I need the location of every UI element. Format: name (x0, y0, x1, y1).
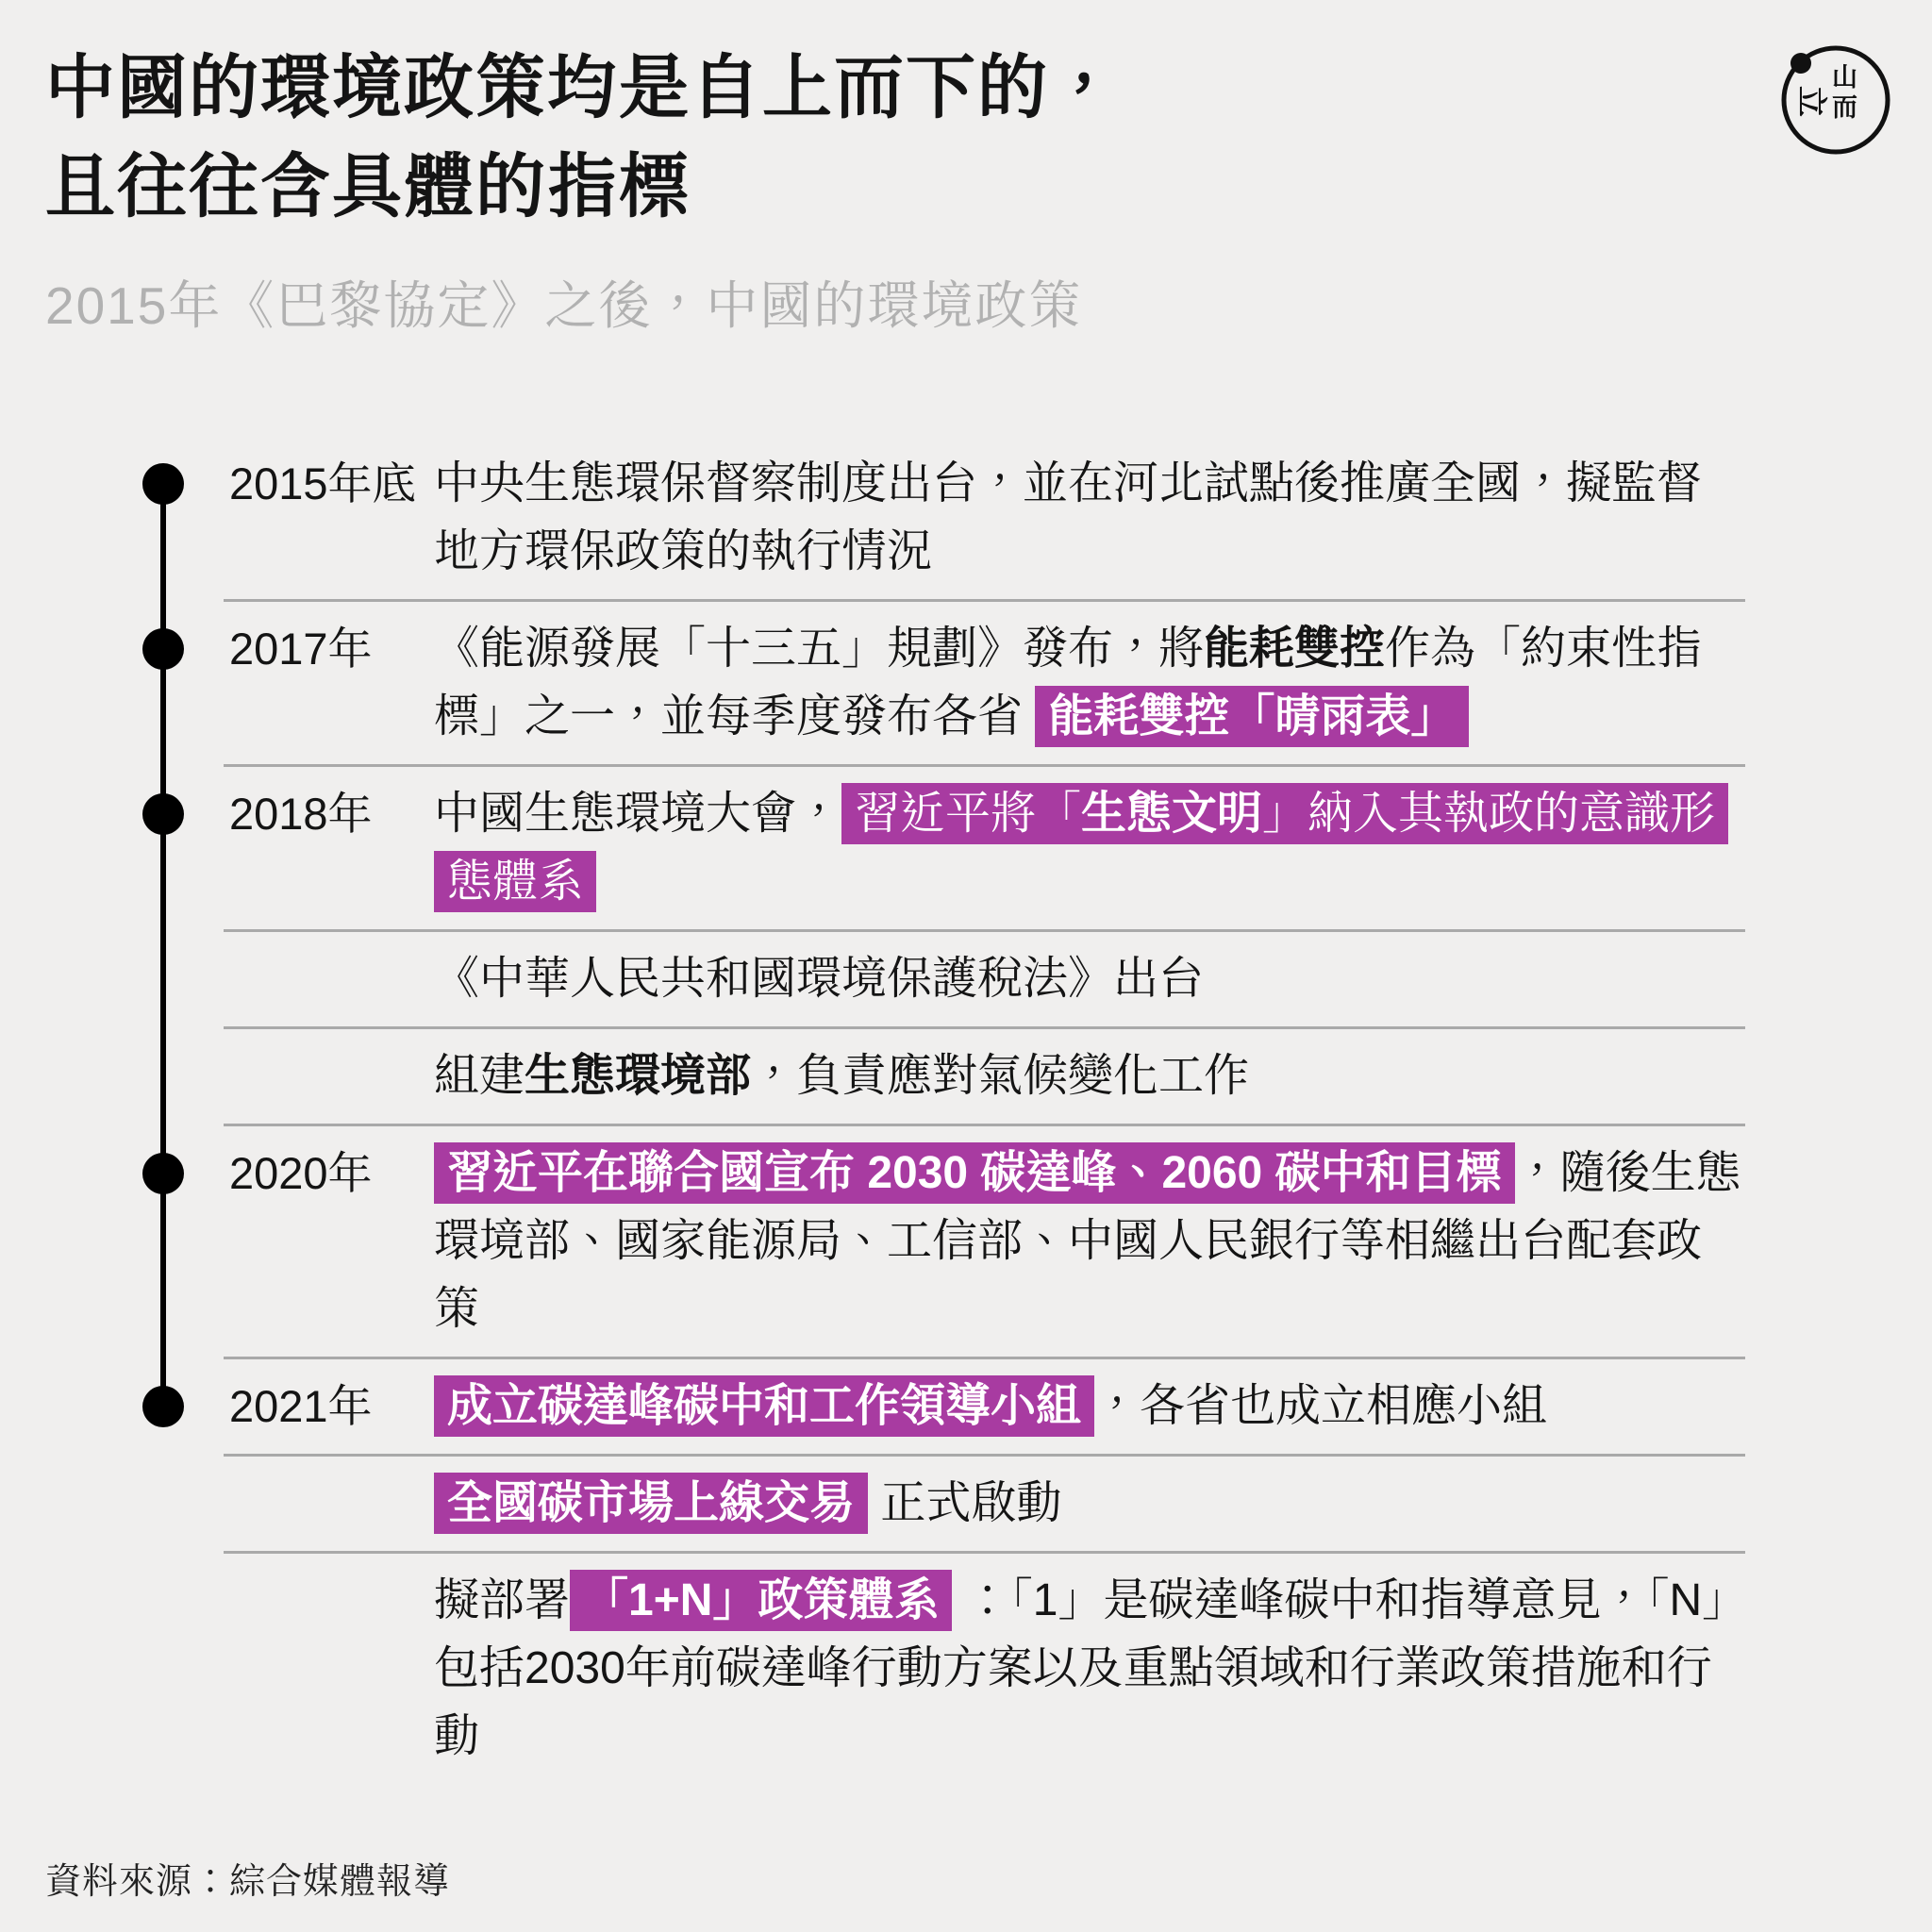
logo-glyph-er: 而 (1832, 87, 1857, 124)
logo-glyph-li: 立 (1791, 86, 1836, 117)
timeline-dot (142, 1386, 184, 1427)
timeline-entry-text: 中國生態環境大會，習近平將「生態文明」納入其執政的意識形態體系 (434, 780, 1745, 916)
highlight: 習近平在聯合國宣布 2030 碳達峰、2060 碳中和目標 (434, 1142, 1515, 1204)
highlight: 成立碳達峰碳中和工作領導小組 (434, 1375, 1094, 1437)
timeline-dot (142, 1153, 184, 1194)
infographic-page: 中國的環境政策均是自上而下的，且往往含具體的指標 2015年《巴黎協定》之後，中… (0, 0, 1932, 1932)
timeline-row: 2020年習近平在聯合國宣布 2030 碳達峰、2060 碳中和目標，隨後生態環… (0, 1126, 1932, 1357)
timeline-date: 2018年 (229, 780, 434, 916)
timeline-row: 2018年中國生態環境大會，習近平將「生態文明」納入其執政的意識形態體系 (0, 767, 1932, 929)
page-title: 中國的環境政策均是自上而下的，且往往含具體的指標 (0, 0, 1932, 236)
highlight-text: 「1+N」政策體系 (583, 1575, 939, 1625)
text-segment: ，負責應對氣候變化工作 (751, 1051, 1249, 1101)
timeline-entry-text: 《中華人民共和國環境保護稅法》出台 (434, 945, 1745, 1013)
timeline-date (229, 1042, 434, 1110)
text-segment: ，各省也成立相應小組 (1094, 1381, 1547, 1431)
text-segment: 中央生態環保督察制度出台，並在河北試點後推廣全國，擬監督地方環保政策的執行情況 (434, 458, 1702, 576)
timeline-date: 2015年底 (229, 450, 434, 586)
timeline-row: 《中華人民共和國環境保護稅法》出台 (0, 932, 1932, 1026)
timeline-entry-text: 《能源發展「十三五」規劃》發布，將能耗雙控作為「約束性指標」之一，並每季度發布各… (434, 615, 1745, 751)
text-segment: 《能源發展「十三五」規劃》發布，將 (434, 624, 1204, 674)
timeline: 2015年底中央生態環保督察制度出台，並在河北試點後推廣全國，擬監督地方環保政策… (0, 437, 1932, 1784)
highlight-text: 生態文明 (1081, 789, 1262, 839)
timeline-row: 2017年《能源發展「十三五」規劃》發布，將能耗雙控作為「約束性指標」之一，並每… (0, 602, 1932, 764)
page-title-line2: 且往往含具體的指標 (45, 147, 691, 225)
timeline-entry-text: 擬部署「1+N」政策體系 ：「1」是碳達峰碳中和指導意見，「N」包括2030年前… (434, 1567, 1745, 1771)
highlight: 「1+N」政策體系 (570, 1570, 952, 1631)
timeline-entry-text: 習近平在聯合國宣布 2030 碳達峰、2060 碳中和目標，隨後生態環境部、國家… (434, 1140, 1745, 1343)
page-title-line1: 中國的環境政策均是自上而下的， (45, 48, 1121, 126)
timeline-row: 擬部署「1+N」政策體系 ：「1」是碳達峰碳中和指導意見，「N」包括2030年前… (0, 1554, 1932, 1784)
timeline-date: 2020年 (229, 1140, 434, 1343)
timeline-date (229, 1567, 434, 1771)
highlight-text: 能耗雙控「晴雨表」 (1048, 691, 1456, 741)
page-subtitle: 2015年《巴黎協定》之後，中國的環境政策 (0, 236, 1932, 339)
timeline-dot (142, 463, 184, 505)
highlight-text: 全國碳市場上線交易 (447, 1478, 855, 1528)
timeline-entry-text: 成立碳達峰碳中和工作領導小組，各省也成立相應小組 (434, 1373, 1745, 1441)
timeline-row: 2015年底中央生態環保督察制度出台，並在河北試點後推廣全國，擬監督地方環保政策… (0, 437, 1932, 599)
source-note: 資料來源：綜合媒體報導 (45, 1852, 450, 1904)
text-segment: 生態環境部 (525, 1051, 751, 1101)
highlight: 能耗雙控「晴雨表」 (1035, 686, 1469, 747)
timeline-entry-text: 全國碳市場上線交易 正式啟動 (434, 1470, 1745, 1538)
timeline-date (229, 945, 434, 1013)
timeline-dot (142, 793, 184, 835)
timeline-date: 2017年 (229, 615, 434, 751)
text-segment: 中國生態環境大會， (434, 789, 841, 839)
highlight: 全國碳市場上線交易 (434, 1473, 868, 1534)
highlight-text: 成立碳達峰碳中和工作領導小組 (447, 1381, 1081, 1431)
text-segment: 組建 (434, 1051, 525, 1101)
timeline-date (229, 1470, 434, 1538)
timeline-row: 全國碳市場上線交易 正式啟動 (0, 1457, 1932, 1551)
text-segment: 能耗雙控 (1204, 624, 1385, 674)
highlight-text: 習近平將「 (855, 789, 1081, 839)
timeline-dot (142, 628, 184, 670)
timeline-row: 組建生態環境部，負責應對氣候變化工作 (0, 1029, 1932, 1124)
highlight-text: 習近平在聯合國宣布 2030 碳達峰、2060 碳中和目標 (447, 1148, 1502, 1198)
initium-logo-icon: 立 山 而 (1779, 34, 1892, 158)
text-segment: 擬部署 (434, 1575, 570, 1625)
text-segment: 正式啟動 (868, 1478, 1061, 1528)
timeline-entry-text: 中央生態環保督察制度出台，並在河北試點後推廣全國，擬監督地方環保政策的執行情況 (434, 450, 1745, 586)
text-segment: 《中華人民共和國環境保護稅法》出台 (434, 954, 1204, 1004)
timeline-date: 2021年 (229, 1373, 434, 1441)
timeline-entry-text: 組建生態環境部，負責應對氣候變化工作 (434, 1042, 1745, 1110)
timeline-row: 2021年成立碳達峰碳中和工作領導小組，各省也成立相應小組 (0, 1359, 1932, 1454)
logo-glyphs: 立 山 而 (1779, 34, 1892, 158)
